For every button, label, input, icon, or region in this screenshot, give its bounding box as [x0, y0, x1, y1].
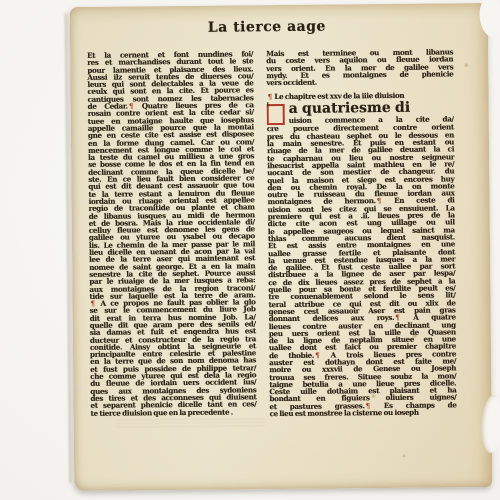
deckle-notch [480, 394, 500, 453]
deckle-edge-top [478, 0, 500, 38]
scanned-leaf-screenshot: La tierce aage Et la cernent et font nun… [0, 0, 500, 500]
rubricated-initial-box: l [267, 104, 285, 125]
text-line: ce lieu est monstree la cisterne ou iose… [270, 408, 457, 417]
right-column-intro: Mais est terminee ou mont libanusdu cost… [266, 48, 453, 86]
left-text-column: Et la cernent et font nundines foi/res e… [87, 50, 257, 419]
chapter-opening: l a quatriesme di uision commence a la c… [267, 101, 454, 126]
text-block: Et la cernent et font nundines foi/res e… [87, 48, 457, 419]
verso-show-through [116, 417, 266, 427]
page-title: La tierce aage [84, 17, 450, 37]
right-text-column: Mais est terminee ou mont libanusdu cost… [266, 48, 457, 417]
right-column-body: cre pource directement contre orientpres… [267, 124, 457, 418]
pilcrow-mark: ¶ [267, 93, 273, 102]
text-line: te tierce diuision que en la precedente … [91, 408, 257, 417]
initial-guide-letter: l [267, 102, 269, 109]
manuscript-page: La tierce aage Et la cernent et font nun… [70, 3, 493, 491]
